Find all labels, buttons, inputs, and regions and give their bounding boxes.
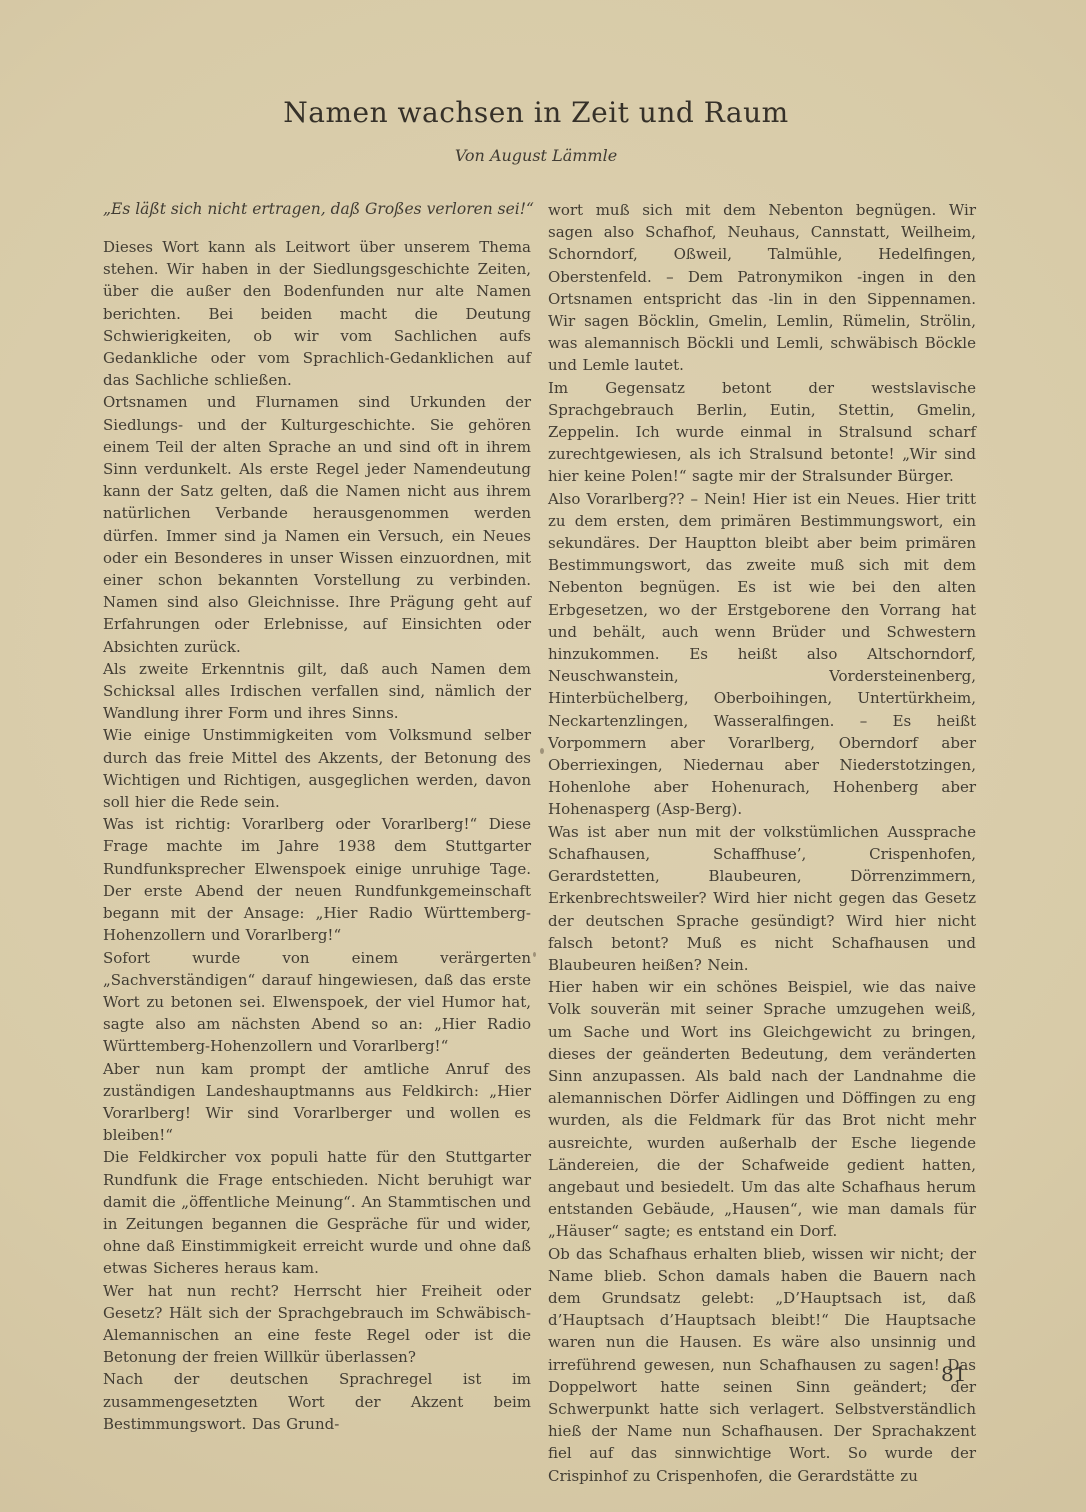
scanned-page: Namen wachsen in Zeit und Raum Von Augus… bbox=[0, 0, 1086, 1512]
paragraph: Hier haben wir ein schönes Beispiel, wie… bbox=[548, 976, 976, 1242]
paragraph: wort muß sich mit dem Nebenton begnügen.… bbox=[548, 199, 976, 377]
paragraph: Die Feldkircher vox populi hatte für den… bbox=[103, 1146, 531, 1279]
paragraph: Was ist aber nun mit der volkstümlichen … bbox=[548, 821, 976, 976]
paragraph: Ob das Schafhaus erhalten blieb, wissen … bbox=[548, 1243, 976, 1487]
text-columns: „Es läßt sich nicht ertragen, daß Großes… bbox=[103, 199, 976, 1487]
paragraph: Also Vorarlberg?? – Nein! Hier ist ein N… bbox=[548, 488, 976, 821]
paragraph: Dieses Wort kann als Leitwort über unser… bbox=[103, 236, 531, 391]
column-right: wort muß sich mit dem Nebenton begnügen.… bbox=[548, 199, 976, 1487]
paragraph: Wer hat nun recht? Herrscht hier Freihei… bbox=[103, 1280, 531, 1369]
paragraph: Als zweite Erkenntnis gilt, daß auch Nam… bbox=[103, 658, 531, 725]
byline: Von August Lämmle bbox=[96, 146, 976, 165]
scan-speck bbox=[540, 748, 544, 754]
paragraph: Wie einige Unstimmigkeiten vom Volksmund… bbox=[103, 724, 531, 813]
page-number: 81 bbox=[941, 1362, 966, 1386]
paragraph: Nach der deutschen Sprachregel ist im zu… bbox=[103, 1368, 531, 1435]
column-left: „Es läßt sich nicht ertragen, daß Großes… bbox=[103, 199, 531, 1487]
epigraph: „Es läßt sich nicht ertragen, daß Großes… bbox=[103, 199, 531, 220]
paragraph: Was ist richtig: Vorarlberg oder Vorarlb… bbox=[103, 813, 531, 946]
column-left-text: Dieses Wort kann als Leitwort über unser… bbox=[103, 236, 531, 1435]
paragraph: Aber nun kam prompt der amtliche Anruf d… bbox=[103, 1058, 531, 1147]
paragraph: Im Gegensatz betont der westslavische Sp… bbox=[548, 377, 976, 488]
column-right-text: wort muß sich mit dem Nebenton begnügen.… bbox=[548, 199, 976, 1487]
paragraph: Ortsnamen und Flurnamen sind Urkunden de… bbox=[103, 391, 531, 657]
scan-speck bbox=[533, 952, 536, 957]
article-title: Namen wachsen in Zeit und Raum bbox=[96, 96, 976, 129]
paragraph: Sofort wurde von einem verärgerten „Sach… bbox=[103, 947, 531, 1058]
